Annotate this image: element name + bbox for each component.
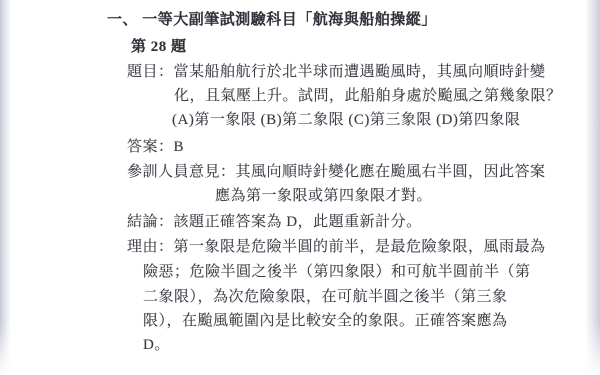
question-text-line-1: 題目：當某船舶航行於北半球而遭遇颱風時，其風向順時針變 bbox=[127, 64, 546, 81]
section-heading: 一、 一等大副筆試測驗科目「航海與船舶操縱」 bbox=[107, 12, 437, 29]
reason-line-2: 險惡；危險半圓之後半（第四象限）和可航半圓前半（第 bbox=[143, 264, 531, 281]
page-left-edge-shadow bbox=[0, 0, 11, 375]
reason-line-3: 二象限），為次危險象限，在可航半圓之後半（第三象 bbox=[143, 289, 508, 306]
conclusion-line: 結論：該題正確答案為 D，此題重新計分。 bbox=[127, 214, 422, 231]
question-choices-line: (A)第一象限 (B)第二象限 (C)第三象限 (D)第四象限 bbox=[172, 112, 520, 129]
reason-line-4: 限），在颱風範圍內是比較安全的象限。正確答案應為 bbox=[143, 313, 508, 330]
question-number: 第 28 題 bbox=[131, 39, 187, 56]
trainee-opinion-line-2: 應為第一象限或第四象限才對。 bbox=[215, 188, 432, 205]
page-right-edge-shadow bbox=[585, 0, 600, 375]
question-text-line-2: 化，且氣壓上升。試問，此船舶身處於颱風之第幾象限？ bbox=[174, 88, 562, 105]
scanned-document-page: 一、 一等大副筆試測驗科目「航海與船舶操縱」 第 28 題 題目：當某船舶航行於… bbox=[0, 0, 600, 375]
reason-line-5: D。 bbox=[143, 337, 170, 354]
reason-line-1: 理由：第一象限是危險半圓的前半，是最危險象限，風雨最為 bbox=[127, 239, 546, 256]
answer-line: 答案：B bbox=[127, 139, 184, 156]
trainee-opinion-line-1: 參訓人員意見：其風向順時針變化應在颱風右半圓，因此答案 bbox=[127, 164, 546, 181]
